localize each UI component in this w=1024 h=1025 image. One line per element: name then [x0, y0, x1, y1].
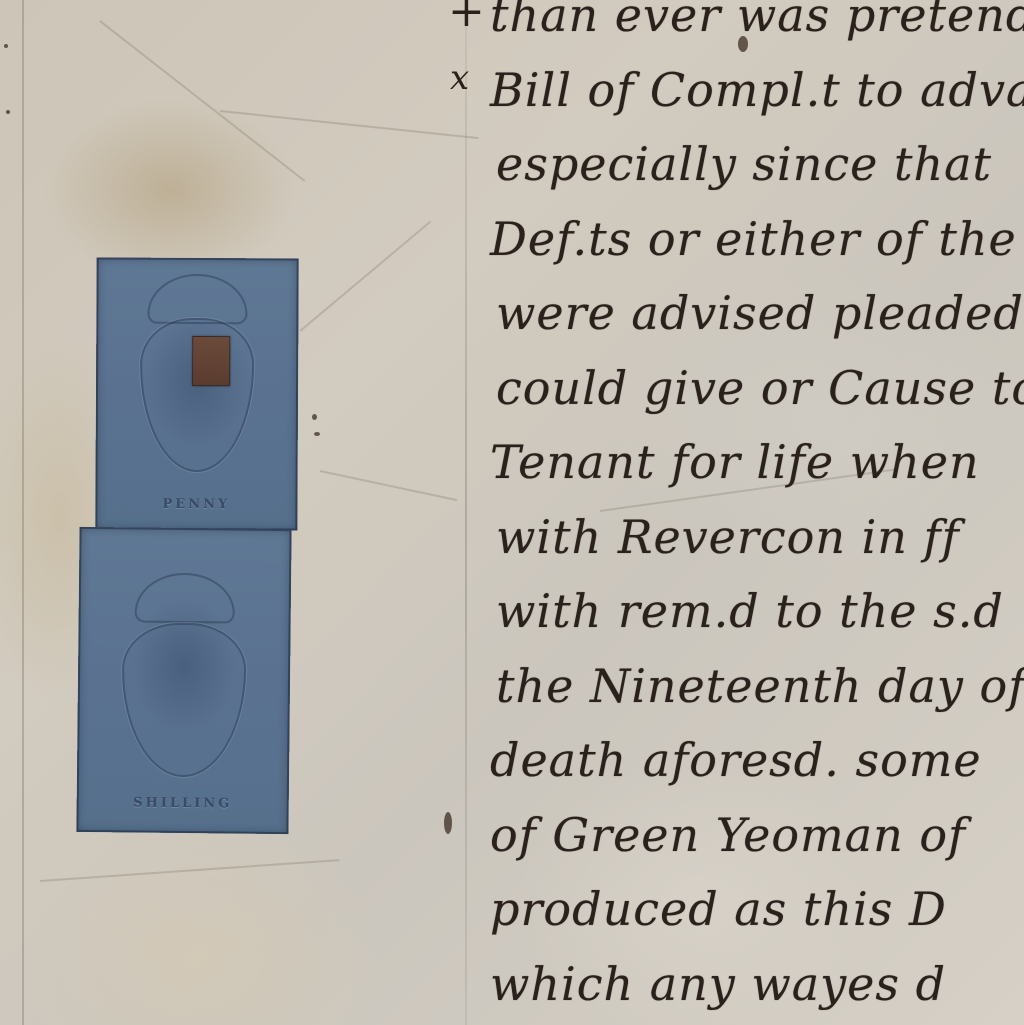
paper-crease [300, 221, 431, 331]
paper-crease [100, 20, 306, 181]
revenue-stamp-shilling: SHILLING [76, 527, 291, 834]
manuscript-line: death aforesd. some [460, 723, 1024, 798]
ink-speck [444, 812, 452, 834]
manuscript-line: produced as this D [460, 872, 1024, 947]
crown-icon [135, 572, 236, 623]
manuscript-line: of Green Yeoman of [460, 798, 1024, 873]
revenue-stamp-strip: PENNY SHILLING [78, 258, 300, 833]
revenue-stamp-penny: PENNY [95, 257, 298, 530]
manuscript-line: could give or Cause to [460, 351, 1024, 426]
paper-crease [40, 859, 339, 881]
manuscript-line: Tenant for life when [460, 425, 1024, 500]
manuscript-line: the Nineteenth day of [460, 649, 1024, 724]
manuscript-line: which any wayes d [460, 947, 1024, 1022]
brown-paper-plug [192, 336, 230, 386]
manuscript-line: Bill of Compl.t to advan [460, 53, 1024, 128]
handwritten-text-block: than ever was pretend Bill of Compl.t to… [460, 0, 1024, 1021]
stamp-denomination: SHILLING [77, 795, 289, 812]
ink-speck [4, 44, 8, 48]
fold-line [22, 0, 24, 1025]
paper-crease [220, 110, 479, 139]
crown-icon [147, 274, 247, 325]
stamp-denomination: PENNY [95, 496, 297, 512]
ink-speck [314, 432, 320, 436]
manuscript-page: PENNY SHILLING + x than ever was pretend… [0, 0, 1024, 1025]
ink-speck [6, 110, 10, 114]
paper-crease [320, 470, 457, 501]
manuscript-line: than ever was pretend [460, 0, 1024, 53]
coat-of-arms-icon [121, 622, 247, 777]
manuscript-line: with rem.d to the s.d [460, 574, 1024, 649]
manuscript-line: especially since that [460, 127, 1024, 202]
manuscript-line: were advised pleaded [460, 276, 1024, 351]
ink-speck [312, 414, 317, 420]
manuscript-line: with Revercon in ff [460, 500, 1024, 575]
manuscript-line: Def.ts or either of the [460, 202, 1024, 277]
